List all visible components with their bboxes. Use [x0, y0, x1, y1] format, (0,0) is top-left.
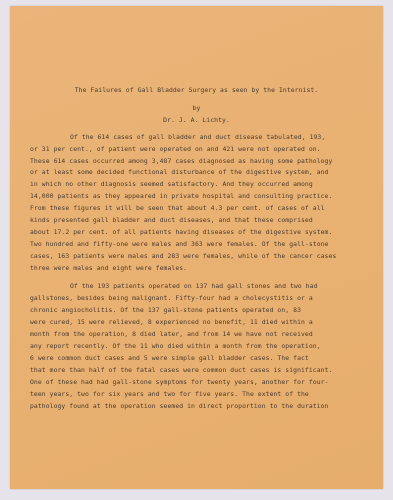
text-line: One of these had had gall-stone symptoms… [30, 378, 329, 386]
text-line: cases, 163 patients were males and 283 w… [30, 252, 336, 260]
text-line: or at least some decided functional dist… [30, 168, 329, 176]
text-line: three were males and eight were females. [30, 264, 187, 272]
document-title: The Failures of Gall Bladder Surgery as … [10, 86, 383, 94]
text-line: any report recently. Of the 11 who died … [30, 342, 321, 350]
text-line: in which no other diagnosis seemed satis… [30, 180, 313, 188]
text-line: 14,000 patients as they appeared in priv… [30, 192, 332, 200]
text-line: Of the 614 cases of gall bladder and duc… [70, 133, 325, 141]
text-line: pathology found at the operation seemed … [30, 402, 329, 410]
text-line: gallstones, besides being malignant. Fif… [30, 294, 313, 302]
byline-by: by [10, 104, 383, 112]
text-line: kinds presented gall bladder and duct di… [30, 216, 313, 224]
text-line: about 17.2 per cent. of all patients hav… [30, 228, 332, 236]
text-line: were cured, 15 were relieved, 8 experien… [30, 318, 313, 326]
text-line: or 31 per cent., of patient were operate… [30, 145, 321, 153]
text-line: Of the 193 patients operated on 137 had … [70, 282, 317, 290]
text-line: month from the operation, 8 died later, … [30, 330, 313, 338]
author-name: Dr. J. A. Lichty. [10, 116, 383, 124]
text-line: that more than half of the fatal cases w… [30, 366, 332, 374]
text-line: These 614 cases occurred among 3,487 cas… [30, 157, 332, 165]
text-line: chronic angiocholitis. Of the 137 gall-s… [30, 306, 301, 314]
text-line: teen years, two for six years and two fo… [30, 390, 309, 398]
text-line: 6 were common duct cases and 5 were simp… [30, 354, 309, 362]
text-line: From these figures it will be seen that … [30, 204, 325, 212]
text-line: Two hundred and fifty-one were males and… [30, 240, 329, 248]
document-page: The Failures of Gall Bladder Surgery as … [10, 6, 383, 489]
